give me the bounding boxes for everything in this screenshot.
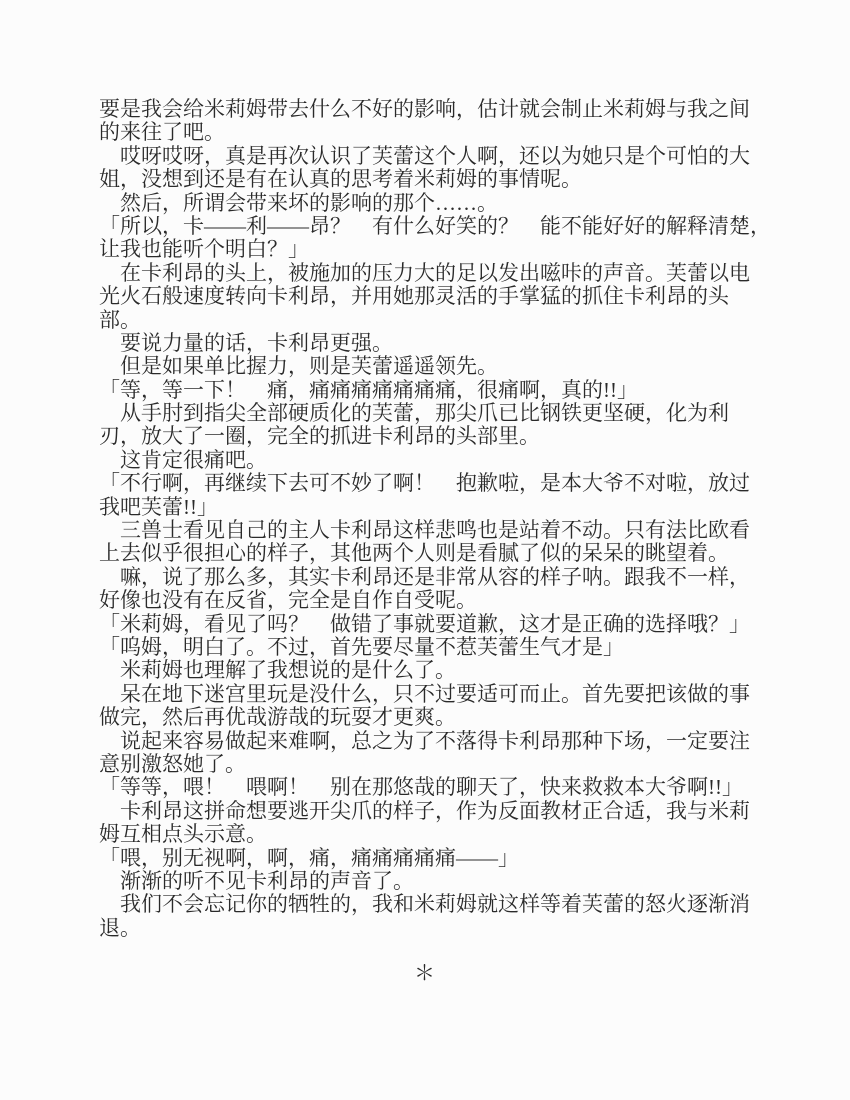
text-line: 让我也能听个明白？」 — [99, 238, 771, 261]
scene-separator: ＊ — [99, 962, 750, 985]
text-line: 姆互相点头示意。 — [99, 823, 771, 846]
text-line: 我吧芙蕾!!」 — [99, 496, 771, 519]
text-line: 「不行啊，再继续下去可不妙了啊！ 抱歉啦，是本大爷不对啦，放过 — [99, 472, 771, 495]
text-line: 要说力量的话，卡利昂更强。 — [99, 332, 771, 355]
text-line: 三兽士看见自己的主人卡利昂这样悲鸣也是站着不动。只有法比欧看 — [99, 519, 771, 542]
text-line: 说起来容易做起来难啊，总之为了不落得卡利昂那种下场，一定要注 — [99, 730, 771, 753]
text-line: 退。 — [99, 917, 771, 940]
text-line: 卡利昂这拼命想要逃开尖爪的样子，作为反面教材正合适，我与米莉 — [99, 800, 771, 823]
text-line: 「所以，卡——利——昂？ 有什么好笑的？ 能不能好好的解释清楚， — [99, 215, 771, 238]
text-line: 哎呀哎呀，真是再次认识了芙蕾这个人啊，还以为她只是个可怕的大 — [99, 145, 771, 168]
text-line: 在卡利昂的头上，被施加的压力大的足以发出嗞咔的声音。芙蕾以电 — [99, 262, 771, 285]
text-line: 的来往了吧。 — [99, 121, 771, 144]
text-line: 然后，所谓会带来坏的影响的那个……。 — [99, 192, 771, 215]
text-line: 从手肘到指尖全部硬质化的芙蕾，那尖爪已比钢铁更坚硬，化为利 — [99, 402, 771, 425]
scanned-novel-page: 要是我会给米莉姆带去什么不好的影响，估计就会制止米莉姆与我之间的来往了吧。哎呀哎… — [0, 0, 850, 1100]
text-line: 意别激怒她了。 — [99, 753, 771, 776]
text-line: 「呜姆，明白了。不过，首先要尽量不惹芙蕾生气才是」 — [99, 636, 771, 659]
text-line: 「米莉姆，看见了吗？ 做错了事就要道歉，这才是正确的选择哦？」 — [99, 613, 771, 636]
text-line: 「喂，别无视啊，啊，痛，痛痛痛痛痛——」 — [99, 847, 771, 870]
text-line: 嘛，说了那么多，其实卡利昂还是非常从容的样子呐。跟我不一样， — [99, 566, 771, 589]
text-line: 呆在地下迷宫里玩是没什么，只不过要适可而止。首先要把该做的事 — [99, 683, 771, 706]
text-line: 「等，等一下！ 痛，痛痛痛痛痛痛痛，很痛啊，真的!!」 — [99, 379, 771, 402]
text-line: 「等等，喂！ 喂啊！ 别在那悠哉的聊天了，快来救救本大爷啊!!」 — [99, 776, 771, 799]
text-line: 上去似乎很担心的样子，其他两个人则是看腻了似的呆呆的眺望着。 — [99, 542, 771, 565]
text-line: 部。 — [99, 309, 771, 332]
text-block: 要是我会给米莉姆带去什么不好的影响，估计就会制止米莉姆与我之间的来往了吧。哎呀哎… — [99, 98, 771, 940]
text-line: 姐，没想到还是有在认真的思考着米莉姆的事情呢。 — [99, 168, 771, 191]
text-line: 刃，放大了一圈，完全的抓进卡利昂的头部里。 — [99, 425, 771, 448]
text-line: 米莉姆也理解了我想说的是什么了。 — [99, 659, 771, 682]
text-line: 光火石般速度转向卡利昂，并用她那灵活的手掌猛的抓住卡利昂的头 — [99, 285, 771, 308]
text-line: 渐渐的听不见卡利昂的声音了。 — [99, 870, 771, 893]
text-line: 好像也没有在反省，完全是自作自受呢。 — [99, 589, 771, 612]
text-line: 要是我会给米莉姆带去什么不好的影响，估计就会制止米莉姆与我之间 — [99, 98, 771, 121]
text-line: 我们不会忘记你的牺牲的，我和米莉姆就这样等着芙蕾的怒火逐渐消 — [99, 893, 771, 916]
text-line: 这肯定很痛吧。 — [99, 449, 771, 472]
text-line: 但是如果单比握力，则是芙蕾遥遥领先。 — [99, 355, 771, 378]
text-line: 做完，然后再优哉游哉的玩耍才更爽。 — [99, 706, 771, 729]
